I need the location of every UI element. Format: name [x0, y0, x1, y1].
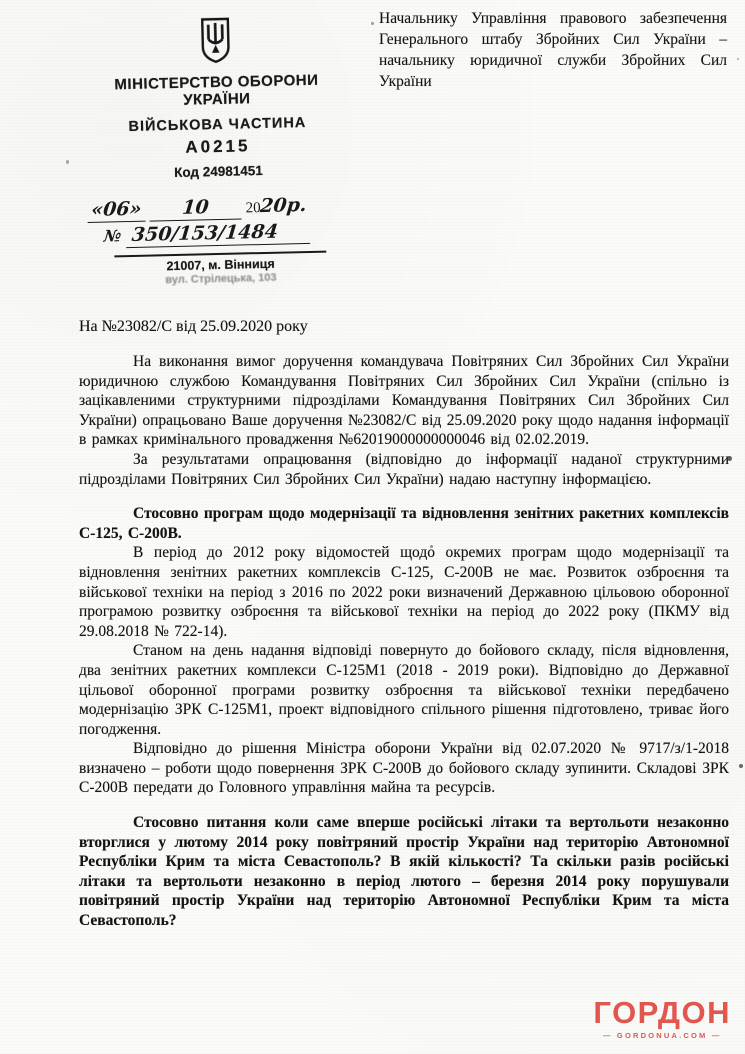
scan-artifact-dot	[66, 160, 69, 164]
date-year-handwritten: 20р.	[260, 194, 309, 217]
handwritten-date-line: «06» 10 2020р.	[69, 193, 369, 224]
document-number-value: 350/153/1484	[131, 222, 279, 245]
military-unit-label: ВІЙСЬКОВА ЧАСТИНА	[67, 114, 367, 137]
reference-line: На №23082/С від 25.09.2020 року	[79, 318, 308, 336]
date-day-blank: «06»	[87, 199, 146, 223]
document-number-line: № 350/153/1484	[70, 220, 370, 250]
document-number-blank: 350/153/1484	[126, 221, 310, 248]
document-paragraph: На виконання вимог доручення командувача…	[79, 352, 729, 450]
scan-artifact-dot	[737, 58, 739, 60]
unit-code: Код 24981451	[68, 161, 368, 183]
letter-body: На виконання вимог доручення командувача…	[79, 352, 729, 931]
scan-artifact-dot	[371, 22, 374, 25]
gordon-watermark: ГОРДОН — GORDONUA.COM —	[593, 998, 731, 1040]
date-month-blank: 10	[149, 196, 241, 221]
military-unit-number: А0215	[68, 134, 368, 161]
document-paragraph: В період до 2012 року відомостей щодо ок…	[79, 543, 729, 641]
date-day-value: «06»	[90, 199, 142, 220]
gordon-site-url: — GORDONUA.COM —	[593, 1031, 731, 1040]
letterhead: МІНІСТЕРСТВО ОБОРОНИ УКРАЇНИ ВІЙСЬКОВА Ч…	[65, 13, 371, 289]
gordon-logo-text: ГОРДОН	[593, 998, 731, 1028]
document-number-label: №	[103, 226, 122, 245]
addressee-block: Начальнику Управління правового забезпеч…	[379, 8, 727, 92]
scan-artifact-dot	[739, 764, 743, 768]
document-paragraph: За результатами опрацювання (відповідно …	[79, 450, 729, 489]
scan-artifact-dot	[727, 456, 732, 461]
document-paragraph-heading: Стосовно питання коли саме вперше російс…	[79, 813, 729, 931]
unit-address-block: 21007, м. Вінниця вул. Стрілецька, 103	[114, 251, 327, 288]
ukraine-trident-icon	[199, 16, 232, 67]
document-paragraph: Відповідно до рішення Міністра оборони У…	[79, 739, 729, 798]
document-paragraph-heading: Стосовно програм щодо модернізації та ві…	[79, 504, 729, 543]
document-paragraph: Станом на день надання відповіді поверну…	[79, 641, 729, 739]
scan-artifact-dot	[430, 545, 433, 548]
date-month-value: 10	[181, 197, 209, 218]
scanned-letter-page: МІНІСТЕРСТВО ОБОРОНИ УКРАЇНИ ВІЙСЬКОВА Ч…	[0, 0, 745, 1054]
